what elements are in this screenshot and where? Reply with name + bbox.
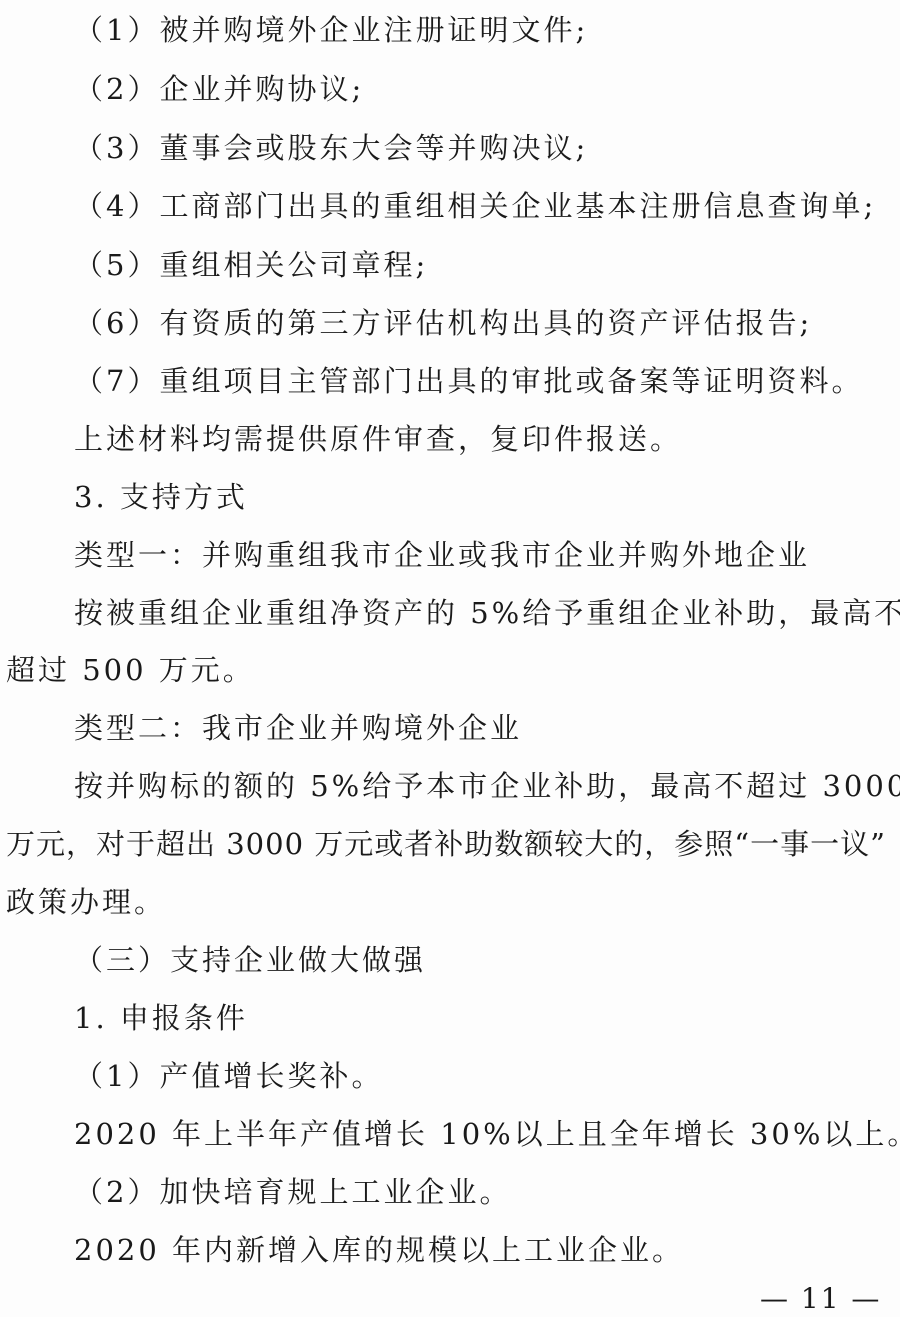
section-heading-three: （三）支持企业做大做强	[74, 942, 426, 978]
type-two-heading: 类型二：我市企业并购境外企业	[74, 710, 522, 746]
type-two-paragraph-line-3: 政策办理。	[6, 884, 166, 920]
document-page: （1）被并购境外企业注册证明文件; （2）企业并购协议; （3）董事会或股东大会…	[0, 0, 900, 1317]
list-item-6: （6）有资质的第三方评估机构出具的资产评估报告;	[74, 305, 812, 341]
list-item-4: （4）工商部门出具的重组相关企业基本注册信息查询单;	[74, 188, 876, 224]
list-item-1: （1）被并购境外企业注册证明文件;	[74, 12, 588, 48]
type-two-paragraph-line-1: 按并购标的额的 5%给予本市企业补助，最高不超过 3000	[74, 768, 900, 804]
page-number: — 11 —	[760, 1282, 881, 1316]
condition-item-2-detail: 2020 年内新增入库的规模以上工业企业。	[74, 1232, 684, 1268]
list-item-3: （3）董事会或股东大会等并购决议;	[74, 130, 588, 166]
type-one-paragraph-line-2: 超过 500 万元。	[6, 652, 255, 688]
list-item-7: （7）重组项目主管部门出具的审批或备案等证明资料。	[74, 363, 863, 399]
materials-note: 上述材料均需提供原件审查，复印件报送。	[74, 421, 682, 457]
condition-item-1-detail: 2020 年上半年产值增长 10%以上且全年增长 30%以上。	[74, 1116, 900, 1152]
type-one-heading: 类型一：并购重组我市企业或我市企业并购外地企业	[74, 537, 810, 573]
condition-item-2: （2）加快培育规上工业企业。	[74, 1174, 511, 1210]
list-item-5: （5）重组相关公司章程;	[74, 247, 428, 283]
type-two-paragraph-line-2: 万元，对于超出 3000 万元或者补助数额较大的，参照“一事一议”	[6, 826, 886, 862]
section-heading-support-method: 3. 支持方式	[74, 479, 248, 515]
type-one-paragraph-line-1: 按被重组企业重组净资产的 5%给予重组企业补助，最高不	[74, 595, 900, 631]
subsection-heading-conditions: 1. 申报条件	[74, 1000, 248, 1036]
list-item-2: （2）企业并购协议;	[74, 71, 364, 107]
condition-item-1: （1）产值增长奖补。	[74, 1058, 383, 1094]
